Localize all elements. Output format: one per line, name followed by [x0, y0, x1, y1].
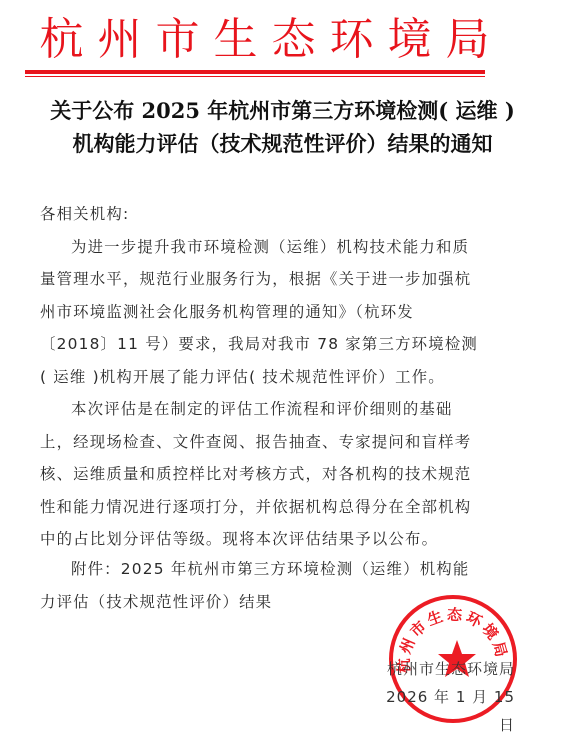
signature-date: 2026 年 1 月 15 日	[380, 683, 515, 737]
signature-issuer: 杭州市生态环境局	[380, 655, 515, 683]
salutation: 各相关机构:	[40, 198, 480, 231]
body-paragraph-2: 本次评估是在制定的评估工作流程和评价细则的基础上，经现场检查、文件查阅、报告抽查…	[40, 393, 480, 556]
document-headline: 关于公布 2025 年杭州市第三方环境检测( 运维 ) 机构能力评估（技术规范性…	[0, 94, 573, 160]
masthead-title: 杭州市生态环境局	[40, 12, 504, 68]
signature-block: 杭州市生态环境局 2026 年 1 月 15 日	[380, 655, 515, 737]
headline-line-2: 机构能力评估（技术规范性评价）结果的通知	[0, 127, 573, 160]
masthead-rule-thick	[25, 70, 485, 74]
document-body: 各相关机构: 为进一步提升我市环境检测（运维）机构技术能力和质量管理水平，规范行…	[40, 198, 480, 556]
headline-line-1: 关于公布 2025 年杭州市第三方环境检测( 运维 )	[0, 94, 573, 127]
masthead: 杭州市生态环境局	[0, 12, 573, 68]
body-paragraph-1: 为进一步提升我市环境检测（运维）机构技术能力和质量管理水平，规范行业服务行为，根…	[40, 231, 480, 394]
masthead-rule-thin	[25, 76, 485, 77]
